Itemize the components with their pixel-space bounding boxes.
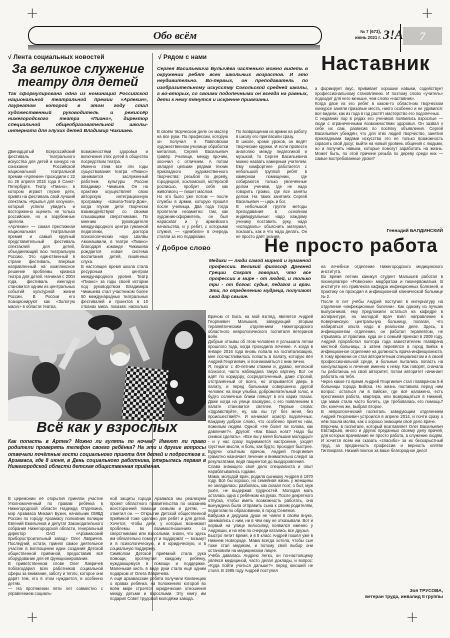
page-number: 7	[420, 29, 426, 44]
doctor-column-2: на лечебное отделение Нижегородского мед…	[321, 264, 443, 582]
mentor-column-3: а формирует вкус, прививает хорошие навы…	[315, 86, 443, 227]
headline-theatre: За великое служение театру для детей	[8, 63, 148, 90]
rubric-social-news: √ Лента социальных новостей	[8, 54, 150, 61]
doctor-column-1: Врачом от Бога, на мой взгляд, является …	[208, 314, 313, 608]
rubric-near-us: √ Рядом с нами	[158, 54, 303, 61]
children-photo	[8, 310, 206, 421]
mentor-column-2: По возвращении из армии на работу в школ…	[236, 129, 307, 241]
lead-adults: Как попасть в Артек? Можно ли гулять по …	[8, 439, 206, 492]
newspaper-page: + + + + Обо всём № 7 (673), июнь 2021 г.…	[0, 0, 450, 638]
lead-mentor: Сергея Васильевича Булычёва частенько мо…	[157, 67, 308, 125]
doctor-byline: Зоя ТРУСОВА, ветеран труда, инвалид II г…	[321, 588, 443, 600]
adults-column-1: В церемонии её открытия приняли участие …	[8, 496, 103, 612]
page-number-box: 7	[403, 27, 442, 45]
headline-doctor: Не просто работа	[258, 237, 444, 256]
crop-mark-top-right: +	[421, 6, 434, 21]
issue-date: июнь 2021 г.	[345, 35, 381, 41]
lead-theatre: Так сформулирована одна из номинаций Рос…	[8, 92, 148, 146]
crop-mark-top-left: +	[26, 6, 39, 21]
mentor-column-1: В своём творческом деле он мастер на все…	[157, 129, 228, 241]
theatre-column-1: Двенадцатый Всероссийский фестиваль теат…	[8, 149, 75, 308]
headline-adults: Всё как у взрослых	[8, 421, 206, 436]
headline-mentor: Наставник	[308, 54, 443, 74]
issue-info: № 7 (673), июнь 2021 г.	[345, 29, 381, 40]
crop-mark-bottom-right: +	[406, 610, 419, 625]
mentor-byline: Геннадий БАЛДИНСКИЙ	[315, 228, 443, 234]
rubric-kind-word: √ Доброе слово	[156, 245, 266, 252]
section-title: Обо всём	[153, 30, 197, 42]
crop-mark-bottom-left: +	[26, 610, 39, 625]
header-divider	[400, 24, 401, 52]
theatre-column-2: возможностями здоровья и включения этих …	[81, 149, 148, 308]
header-rule	[28, 45, 320, 50]
lead-doctor: Медики — люди самой мирной и гуманной пр…	[209, 258, 311, 311]
section-title-banner: Обо всём	[28, 26, 322, 45]
adults-column-2: ной защиты города Арзамаса мы реализуем …	[110, 496, 206, 612]
